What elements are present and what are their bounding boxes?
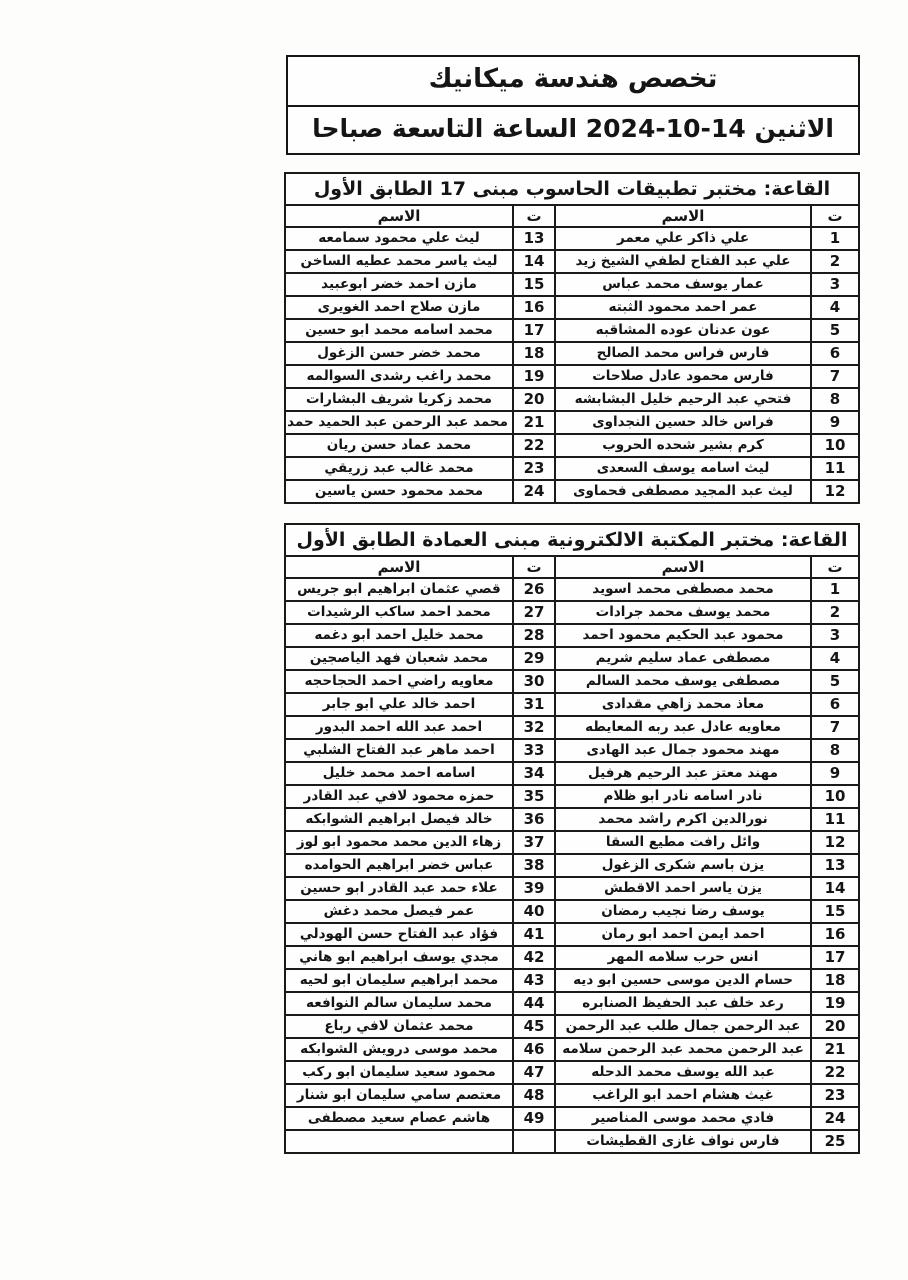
- student-name: فتحي عبد الرحيم خليل البشابشه: [555, 388, 811, 411]
- student-name: نادر اسامه نادر ابو ظلام: [555, 785, 811, 808]
- col-header-name: الاسم: [285, 556, 513, 578]
- row-number: 9: [811, 411, 859, 434]
- table-row: 1محمد مصطفى محمد اسويد26قصي عثمان ابراهي…: [285, 578, 859, 601]
- row-number: 18: [513, 342, 555, 365]
- student-name: مهند محمود جمال عبد الهادى: [555, 739, 811, 762]
- table-row: 6فارس فراس محمد الصالح18محمد خضر حسن الز…: [285, 342, 859, 365]
- student-name: غيث هشام احمد ابو الراغب: [555, 1084, 811, 1107]
- student-name: مهند معتز عبد الرحيم هرفيل: [555, 762, 811, 785]
- student-name: محمد يوسف محمد جرادات: [555, 601, 811, 624]
- row-number: 43: [513, 969, 555, 992]
- student-name: محمد زكريا شريف البشارات: [285, 388, 513, 411]
- table-row: 10نادر اسامه نادر ابو ظلام35حمزه محمود ل…: [285, 785, 859, 808]
- student-name: علي ذاكر علي معمر: [555, 227, 811, 250]
- scanned-exam-roster-page: تخصص هندسة ميكانيك الاثنين 14-10-2024 ال…: [0, 0, 908, 1280]
- row-number: 12: [811, 480, 859, 503]
- col-header-num: ت: [513, 556, 555, 578]
- row-number: 4: [811, 296, 859, 319]
- student-name: فارس نواف غازى القطيشات: [555, 1130, 811, 1153]
- column-header-row: ت الاسم ت الاسم: [285, 205, 859, 227]
- table-row: 12ليث عبد المجيد مصطفى فحماوى24محمد محمو…: [285, 480, 859, 503]
- row-number: 30: [513, 670, 555, 693]
- table-row: 7فارس محمود عادل صلاحات19محمد راغب رشدى …: [285, 365, 859, 388]
- student-name: محمد خليل احمد ابو دغمه: [285, 624, 513, 647]
- student-name: [285, 1130, 513, 1153]
- row-number: 10: [811, 785, 859, 808]
- table-row: 25فارس نواف غازى القطيشات: [285, 1130, 859, 1153]
- row-number: 19: [811, 992, 859, 1015]
- roster-table-computer-lab: القاعة: مختبر تطبيقات الحاسوب مبنى 17 ال…: [284, 172, 860, 504]
- row-number: 14: [513, 250, 555, 273]
- student-name: مازن صلاح احمد الغويرى: [285, 296, 513, 319]
- row-number: 23: [513, 457, 555, 480]
- student-name: محمد عماد حسن ريان: [285, 434, 513, 457]
- row-number: 49: [513, 1107, 555, 1130]
- row-number: 9: [811, 762, 859, 785]
- student-name: محمد احمد ساكب الرشيدات: [285, 601, 513, 624]
- row-number: 23: [811, 1084, 859, 1107]
- student-name: محمود سعيد سليمان ابو ركب: [285, 1061, 513, 1084]
- student-name: ليث عبد المجيد مصطفى فحماوى: [555, 480, 811, 503]
- row-number: 41: [513, 923, 555, 946]
- row-number: 5: [811, 319, 859, 342]
- student-name: يوسف رضا نجيب رمضان: [555, 900, 811, 923]
- row-number: 15: [513, 273, 555, 296]
- student-name: احمد عبد الله احمد البدور: [285, 716, 513, 739]
- table-row: 2علي عبد الفتاح لطفي الشيخ زيد14ليث ياسر…: [285, 250, 859, 273]
- row-number: 6: [811, 693, 859, 716]
- student-name: حمزه محمود لافي عبد القادر: [285, 785, 513, 808]
- page-content: تخصص هندسة ميكانيك الاثنين 14-10-2024 ال…: [286, 55, 860, 1154]
- row-number: 7: [811, 365, 859, 388]
- row-number: 40: [513, 900, 555, 923]
- student-name: عمار يوسف محمد عباس: [555, 273, 811, 296]
- student-name: محمد ابراهيم سليمان ابو لحيه: [285, 969, 513, 992]
- room-title: القاعة: مختبر المكتبة الالكترونية مبنى ا…: [285, 524, 859, 556]
- table-row: 11ليث اسامه يوسف السعدى23محمد غالب عبد ز…: [285, 457, 859, 480]
- row-number: 38: [513, 854, 555, 877]
- row-number: 2: [811, 601, 859, 624]
- col-header-name: الاسم: [555, 205, 811, 227]
- table-row: 11نورالدين اكرم راشد محمد36خالد فيصل ابر…: [285, 808, 859, 831]
- table-row: 16احمد ايمن احمد ابو رمان41فؤاد عبد الفت…: [285, 923, 859, 946]
- row-number: 20: [513, 388, 555, 411]
- student-name: محمد مصطفى محمد اسويد: [555, 578, 811, 601]
- table-row: 4عمر احمد محمود الثبته16مازن صلاح احمد ا…: [285, 296, 859, 319]
- row-number: 1: [811, 227, 859, 250]
- student-name: زهاء الدين محمد محمود ابو لوز: [285, 831, 513, 854]
- table-row: 18حسام الدين موسى حسين ابو ديه43محمد ابر…: [285, 969, 859, 992]
- row-number: 44: [513, 992, 555, 1015]
- student-name: اسامه احمد محمد خليل: [285, 762, 513, 785]
- student-name: احمد خالد علي ابو جابر: [285, 693, 513, 716]
- student-name: فادي محمد موسى المناصير: [555, 1107, 811, 1130]
- student-name: معاويه راضي احمد الحجاحجه: [285, 670, 513, 693]
- row-number: 27: [513, 601, 555, 624]
- student-name: مصطفى عماد سليم شريم: [555, 647, 811, 670]
- row-number: 11: [811, 808, 859, 831]
- table-row: 23غيث هشام احمد ابو الراغب48معتصم سامي س…: [285, 1084, 859, 1107]
- student-name: معاويه عادل عبد ربه المعايطه: [555, 716, 811, 739]
- student-name: فارس فراس محمد الصالح: [555, 342, 811, 365]
- row-number: 45: [513, 1015, 555, 1038]
- row-number: 18: [811, 969, 859, 992]
- row-number: 13: [811, 854, 859, 877]
- student-name: يزن ياسر احمد الاقطش: [555, 877, 811, 900]
- row-number: 12: [811, 831, 859, 854]
- row-number: 39: [513, 877, 555, 900]
- student-name: مازن احمد خضر ابوعبيد: [285, 273, 513, 296]
- col-header-name: الاسم: [285, 205, 513, 227]
- student-name: هاشم عصام سعيد مصطفى: [285, 1107, 513, 1130]
- room-title-row: القاعة: مختبر المكتبة الالكترونية مبنى ا…: [285, 524, 859, 556]
- row-number: 31: [513, 693, 555, 716]
- table-row: 2محمد يوسف محمد جرادات27محمد احمد ساكب ا…: [285, 601, 859, 624]
- row-number: 15: [811, 900, 859, 923]
- col-header-num: ت: [811, 205, 859, 227]
- row-number: 8: [811, 739, 859, 762]
- row-number: 36: [513, 808, 555, 831]
- row-number: 20: [811, 1015, 859, 1038]
- table-row: 5عون عدنان عوده المشاقبه17محمد اسامه محم…: [285, 319, 859, 342]
- student-name: وائل رافت مطيع السقا: [555, 831, 811, 854]
- student-name: حسام الدين موسى حسين ابو ديه: [555, 969, 811, 992]
- student-name: ليث اسامه يوسف السعدى: [555, 457, 811, 480]
- student-name: ليث ياسر محمد عطيه الساخن: [285, 250, 513, 273]
- row-number: 6: [811, 342, 859, 365]
- student-name: علي عبد الفتاح لطفي الشيخ زيد: [555, 250, 811, 273]
- session-datetime: الاثنين 14-10-2024 الساعة التاسعة صباحا: [286, 107, 860, 155]
- row-number: 16: [811, 923, 859, 946]
- col-header-num: ت: [513, 205, 555, 227]
- student-name: محمد عبد الرحمن عبد الحميد حمدان: [285, 411, 513, 434]
- row-number: 37: [513, 831, 555, 854]
- table-row: 14يزن ياسر احمد الاقطش39علاء حمد عبد الق…: [285, 877, 859, 900]
- row-number: 22: [811, 1061, 859, 1084]
- row-number: 25: [811, 1130, 859, 1153]
- row-number: 17: [513, 319, 555, 342]
- specialization-title: تخصص هندسة ميكانيك: [286, 55, 860, 107]
- student-name: احمد ايمن احمد ابو رمان: [555, 923, 811, 946]
- row-number: 22: [513, 434, 555, 457]
- student-name: محمد اسامه محمد ابو حسين: [285, 319, 513, 342]
- row-number: 35: [513, 785, 555, 808]
- row-number: 24: [513, 480, 555, 503]
- column-header-row: ت الاسم ت الاسم: [285, 556, 859, 578]
- table-row: 17انس حرب سلامه المهر42مجدي يوسف ابراهيم…: [285, 946, 859, 969]
- student-name: محمد موسى درويش الشوابكه: [285, 1038, 513, 1061]
- row-number: 21: [513, 411, 555, 434]
- row-number: 8: [811, 388, 859, 411]
- row-number: 5: [811, 670, 859, 693]
- row-number: 19: [513, 365, 555, 388]
- row-number: 16: [513, 296, 555, 319]
- row-number: 42: [513, 946, 555, 969]
- table-row: 9فراس خالد حسين النجداوى21محمد عبد الرحم…: [285, 411, 859, 434]
- roster-rows: 1محمد مصطفى محمد اسويد26قصي عثمان ابراهي…: [285, 578, 859, 1153]
- table-row: 3محمود عبد الحكيم محمود احمد28محمد خليل …: [285, 624, 859, 647]
- student-name: محمد خضر حسن الزغول: [285, 342, 513, 365]
- row-number: 48: [513, 1084, 555, 1107]
- table-row: 12وائل رافت مطيع السقا37زهاء الدين محمد …: [285, 831, 859, 854]
- row-number: 1: [811, 578, 859, 601]
- student-name: عبد الله يوسف محمد الدحله: [555, 1061, 811, 1084]
- row-number: 10: [811, 434, 859, 457]
- table-row: 13يزن باسم شكرى الزغول38عباس خضر ابراهيم…: [285, 854, 859, 877]
- table-row: 8فتحي عبد الرحيم خليل البشابشه20محمد زكر…: [285, 388, 859, 411]
- roster-rows: 1علي ذاكر علي معمر13ليث علي محمود سمامعه…: [285, 227, 859, 503]
- student-name: محمد سليمان سالم النوافعه: [285, 992, 513, 1015]
- row-number: 17: [811, 946, 859, 969]
- row-number: 3: [811, 273, 859, 296]
- student-name: محمد عثمان لافي رباع: [285, 1015, 513, 1038]
- row-number: 24: [811, 1107, 859, 1130]
- table-row: 5مصطفى يوسف محمد السالم30معاويه راضي احم…: [285, 670, 859, 693]
- roster-table-elibrary-lab: القاعة: مختبر المكتبة الالكترونية مبنى ا…: [284, 523, 860, 1154]
- student-name: عبد الرحمن جمال طلب عبد الرحمن: [555, 1015, 811, 1038]
- table-row: 7معاويه عادل عبد ربه المعايطه32احمد عبد …: [285, 716, 859, 739]
- student-name: محمد غالب عبد زريقي: [285, 457, 513, 480]
- row-number: 4: [811, 647, 859, 670]
- student-name: رعد خلف عبد الحفيظ الصنابره: [555, 992, 811, 1015]
- row-number: 11: [811, 457, 859, 480]
- student-name: نورالدين اكرم راشد محمد: [555, 808, 811, 831]
- row-number: 29: [513, 647, 555, 670]
- table-row: 19رعد خلف عبد الحفيظ الصنابره44محمد سليم…: [285, 992, 859, 1015]
- row-number: [513, 1130, 555, 1153]
- student-name: مصطفى يوسف محمد السالم: [555, 670, 811, 693]
- student-name: فراس خالد حسين النجداوى: [555, 411, 811, 434]
- student-name: خالد فيصل ابراهيم الشوابكه: [285, 808, 513, 831]
- row-number: 7: [811, 716, 859, 739]
- student-name: عبد الرحمن محمد عبد الرحمن سلامه: [555, 1038, 811, 1061]
- table-row: 21عبد الرحمن محمد عبد الرحمن سلامه46محمد…: [285, 1038, 859, 1061]
- student-name: محمد راغب رشدى السوالمه: [285, 365, 513, 388]
- row-number: 46: [513, 1038, 555, 1061]
- table-row: 4مصطفى عماد سليم شريم29محمد شعبان فهد ال…: [285, 647, 859, 670]
- row-number: 21: [811, 1038, 859, 1061]
- row-number: 13: [513, 227, 555, 250]
- student-name: محمود عبد الحكيم محمود احمد: [555, 624, 811, 647]
- row-number: 2: [811, 250, 859, 273]
- student-name: معاذ محمد زاهي مقدادى: [555, 693, 811, 716]
- student-name: احمد ماهر عبد الفتاح الشلبي: [285, 739, 513, 762]
- table-row: 20عبد الرحمن جمال طلب عبد الرحمن45محمد ع…: [285, 1015, 859, 1038]
- table-row: 24فادي محمد موسى المناصير49هاشم عصام سعي…: [285, 1107, 859, 1130]
- table-row: 15يوسف رضا نجيب رمضان40عمر فيصل محمد دغش: [285, 900, 859, 923]
- row-number: 14: [811, 877, 859, 900]
- student-name: عمر فيصل محمد دغش: [285, 900, 513, 923]
- col-header-num: ت: [811, 556, 859, 578]
- student-name: عمر احمد محمود الثبته: [555, 296, 811, 319]
- student-name: كرم بشير شحده الحروب: [555, 434, 811, 457]
- student-name: عون عدنان عوده المشاقبه: [555, 319, 811, 342]
- student-name: محمد شعبان فهد الياصجين: [285, 647, 513, 670]
- row-number: 33: [513, 739, 555, 762]
- student-name: ليث علي محمود سمامعه: [285, 227, 513, 250]
- row-number: 28: [513, 624, 555, 647]
- table-row: 6معاذ محمد زاهي مقدادى31احمد خالد علي اب…: [285, 693, 859, 716]
- row-number: 34: [513, 762, 555, 785]
- table-row: 9مهند معتز عبد الرحيم هرفيل34اسامه احمد …: [285, 762, 859, 785]
- room-title-row: القاعة: مختبر تطبيقات الحاسوب مبنى 17 ال…: [285, 173, 859, 205]
- student-name: معتصم سامي سليمان ابو شنار: [285, 1084, 513, 1107]
- col-header-name: الاسم: [555, 556, 811, 578]
- table-row: 3عمار يوسف محمد عباس15مازن احمد خضر ابوع…: [285, 273, 859, 296]
- table-row: 22عبد الله يوسف محمد الدحله47محمود سعيد …: [285, 1061, 859, 1084]
- student-name: عباس خضر ابراهيم الحوامده: [285, 854, 513, 877]
- table-row: 10كرم بشير شحده الحروب22محمد عماد حسن ري…: [285, 434, 859, 457]
- student-name: انس حرب سلامه المهر: [555, 946, 811, 969]
- row-number: 26: [513, 578, 555, 601]
- row-number: 3: [811, 624, 859, 647]
- row-number: 32: [513, 716, 555, 739]
- table-row: 1علي ذاكر علي معمر13ليث علي محمود سمامعه: [285, 227, 859, 250]
- student-name: فؤاد عبد الفتاح حسن الهودلي: [285, 923, 513, 946]
- row-number: 47: [513, 1061, 555, 1084]
- student-name: يزن باسم شكرى الزغول: [555, 854, 811, 877]
- student-name: قصي عثمان ابراهيم ابو جريس: [285, 578, 513, 601]
- student-name: مجدي يوسف ابراهيم ابو هاني: [285, 946, 513, 969]
- student-name: علاء حمد عبد القادر ابو حسين: [285, 877, 513, 900]
- student-name: فارس محمود عادل صلاحات: [555, 365, 811, 388]
- room-title: القاعة: مختبر تطبيقات الحاسوب مبنى 17 ال…: [285, 173, 859, 205]
- student-name: محمد محمود حسن ياسين: [285, 480, 513, 503]
- table-row: 8مهند محمود جمال عبد الهادى33احمد ماهر ع…: [285, 739, 859, 762]
